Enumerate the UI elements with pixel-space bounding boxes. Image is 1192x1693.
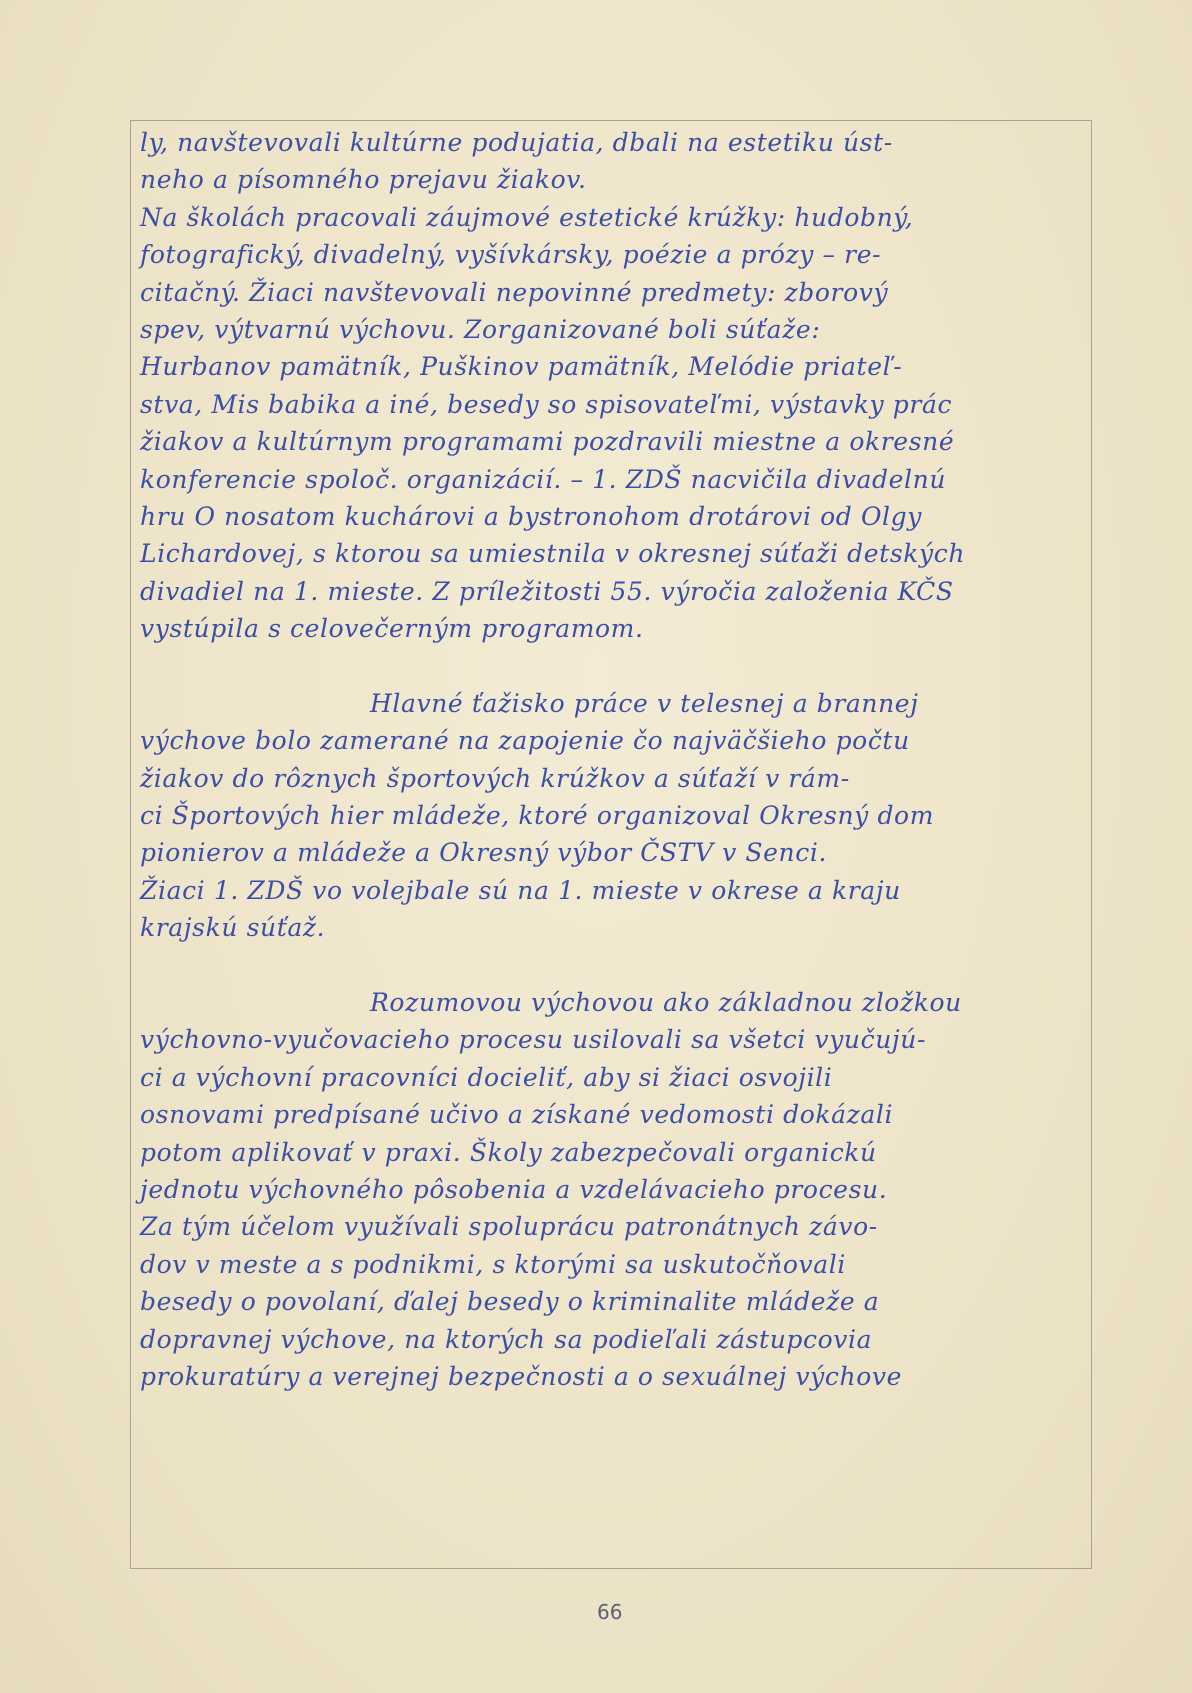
text-line: dopravnej výchove, na ktorých sa podieľa… xyxy=(140,1321,1085,1358)
text-line: výchove bolo zamerané na zapojenie čo na… xyxy=(140,722,1085,759)
text-line: Rozumovou výchovou ako základnou zložkou xyxy=(140,984,1085,1021)
text-line: fotografický, divadelný, vyšívkársky, po… xyxy=(140,236,1085,273)
text-line: Lichardovej, s ktorou sa umiestnila v ok… xyxy=(140,535,1085,572)
text-line: dov v meste a s podnikmi, s ktorými sa u… xyxy=(140,1246,1085,1283)
text-line: Za tým účelom využívali spoluprácu patro… xyxy=(140,1208,1085,1245)
text-line: ci Športových hier mládeže, ktoré organi… xyxy=(140,797,1085,834)
text-line: žiakov a kultúrnym programami pozdravili… xyxy=(140,423,1085,460)
text-line: osnovami predpísané učivo a získané vedo… xyxy=(140,1096,1085,1133)
text-line: divadiel na 1. mieste. Z príležitosti 55… xyxy=(140,573,1085,610)
text-line: Žiaci 1. ZDŠ vo volejbale sú na 1. miest… xyxy=(140,872,1085,909)
text-line: výchovno-vyučovacieho procesu usilovali … xyxy=(140,1021,1085,1058)
text-line: pionierov a mládeže a Okresný výbor ČSTV… xyxy=(140,834,1085,871)
text-line: Hurbanov pamätník, Puškinov pamätník, Me… xyxy=(140,348,1085,385)
handwritten-text: ly, navštevovali kultúrne podujatia, dba… xyxy=(140,124,1085,1395)
text-line: krajskú súťaž. xyxy=(140,909,1085,946)
text-line: besedy o povolaní, ďalej besedy o krimin… xyxy=(140,1283,1085,1320)
text-line: ly, navštevovali kultúrne podujatia, dba… xyxy=(140,124,1085,161)
text-line: jednotu výchovného pôsobenia a vzdelávac… xyxy=(140,1171,1085,1208)
paragraph-gap xyxy=(140,947,1085,984)
text-line: vystúpila s celovečerným programom. xyxy=(140,610,1085,647)
text-line: ci a výchovní pracovníci docieliť, aby s… xyxy=(140,1059,1085,1096)
paragraph-gap xyxy=(140,647,1085,684)
text-line: žiakov do rôznych športových krúžkov a s… xyxy=(140,760,1085,797)
text-line: konferencie spoloč. organizácií. – 1. ZD… xyxy=(140,461,1085,498)
text-line: hru O nosatom kuchárovi a bystronohom dr… xyxy=(140,498,1085,535)
text-line: Hlavné ťažisko práce v telesnej a branne… xyxy=(140,685,1085,722)
text-line: neho a písomného prejavu žiakov. xyxy=(140,161,1085,198)
page-number: 66 xyxy=(597,1600,622,1624)
text-line: stva, Mis babika a iné, besedy so spisov… xyxy=(140,386,1085,423)
text-line: Na školách pracovali záujmové estetické … xyxy=(140,199,1085,236)
text-line: prokuratúry a verejnej bezpečnosti a o s… xyxy=(140,1358,1085,1395)
text-line: spev, výtvarnú výchovu. Zorganizované bo… xyxy=(140,311,1085,348)
text-line: citačný. Žiaci navštevovali nepovinné pr… xyxy=(140,274,1085,311)
text-line: potom aplikovať v praxi. Školy zabezpečo… xyxy=(140,1134,1085,1171)
